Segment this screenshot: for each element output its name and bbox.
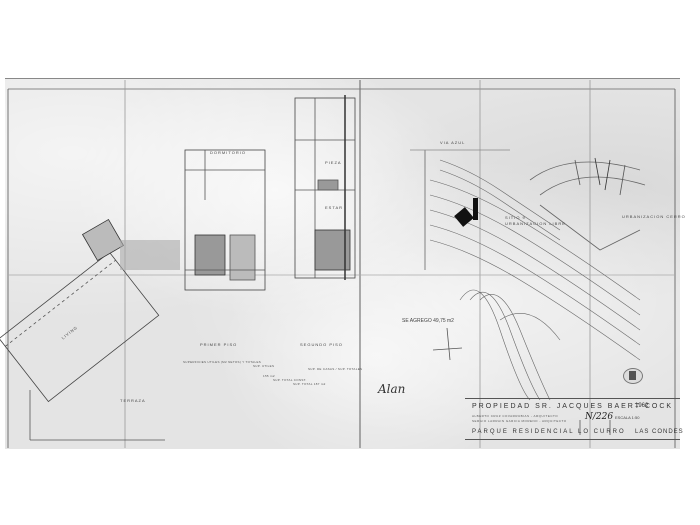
room-label: PIEZA [325,160,342,165]
emblem-icon [623,368,643,384]
site-label: URBANIZACION CERRO [622,214,686,219]
first-floor-label: PRIMER PISO [200,342,237,347]
second-floor-label: SEGUNDO PISO [300,342,343,347]
signature: Alan [378,382,405,396]
terrace-label: TERRAZA [120,398,146,403]
site-label: SITIO 9 [505,215,526,220]
title-block: PROPIEDAD SR. JACQUES BAERT COCK 1962 AL… [465,398,680,440]
room-label: DORMITORIO [210,150,246,155]
architect-line: ALBERTO CRUZ COVARRUBIAS - ARQUITECTO [472,414,558,418]
development-name: PARQUE RESIDENCIAL LO CURRO [472,429,626,435]
sheet-number: N/226 [585,412,613,422]
blueprint-drawing [0,0,700,525]
areas-table: SUPERFICIES UTILES (M2 NETOS) Y TOTALES … [183,360,353,385]
room-label: ESTAR [325,205,343,210]
year: 1962 [635,403,648,409]
handwritten-annotation: SE AGREGO 49,75 m2 [402,318,454,324]
architect-line: SERGIO LARRAIN GARCIA MORENO - ARQUITECT… [472,419,567,423]
location: LAS CONDES [635,429,684,435]
areas-table-total: SUP. TOTAL 187 m2 [183,382,353,386]
site-label: URBANIZACION LIBRE [505,221,566,226]
scale: ESCALA 1:50 [615,415,639,420]
site-label: VIA AZUL [440,140,465,145]
